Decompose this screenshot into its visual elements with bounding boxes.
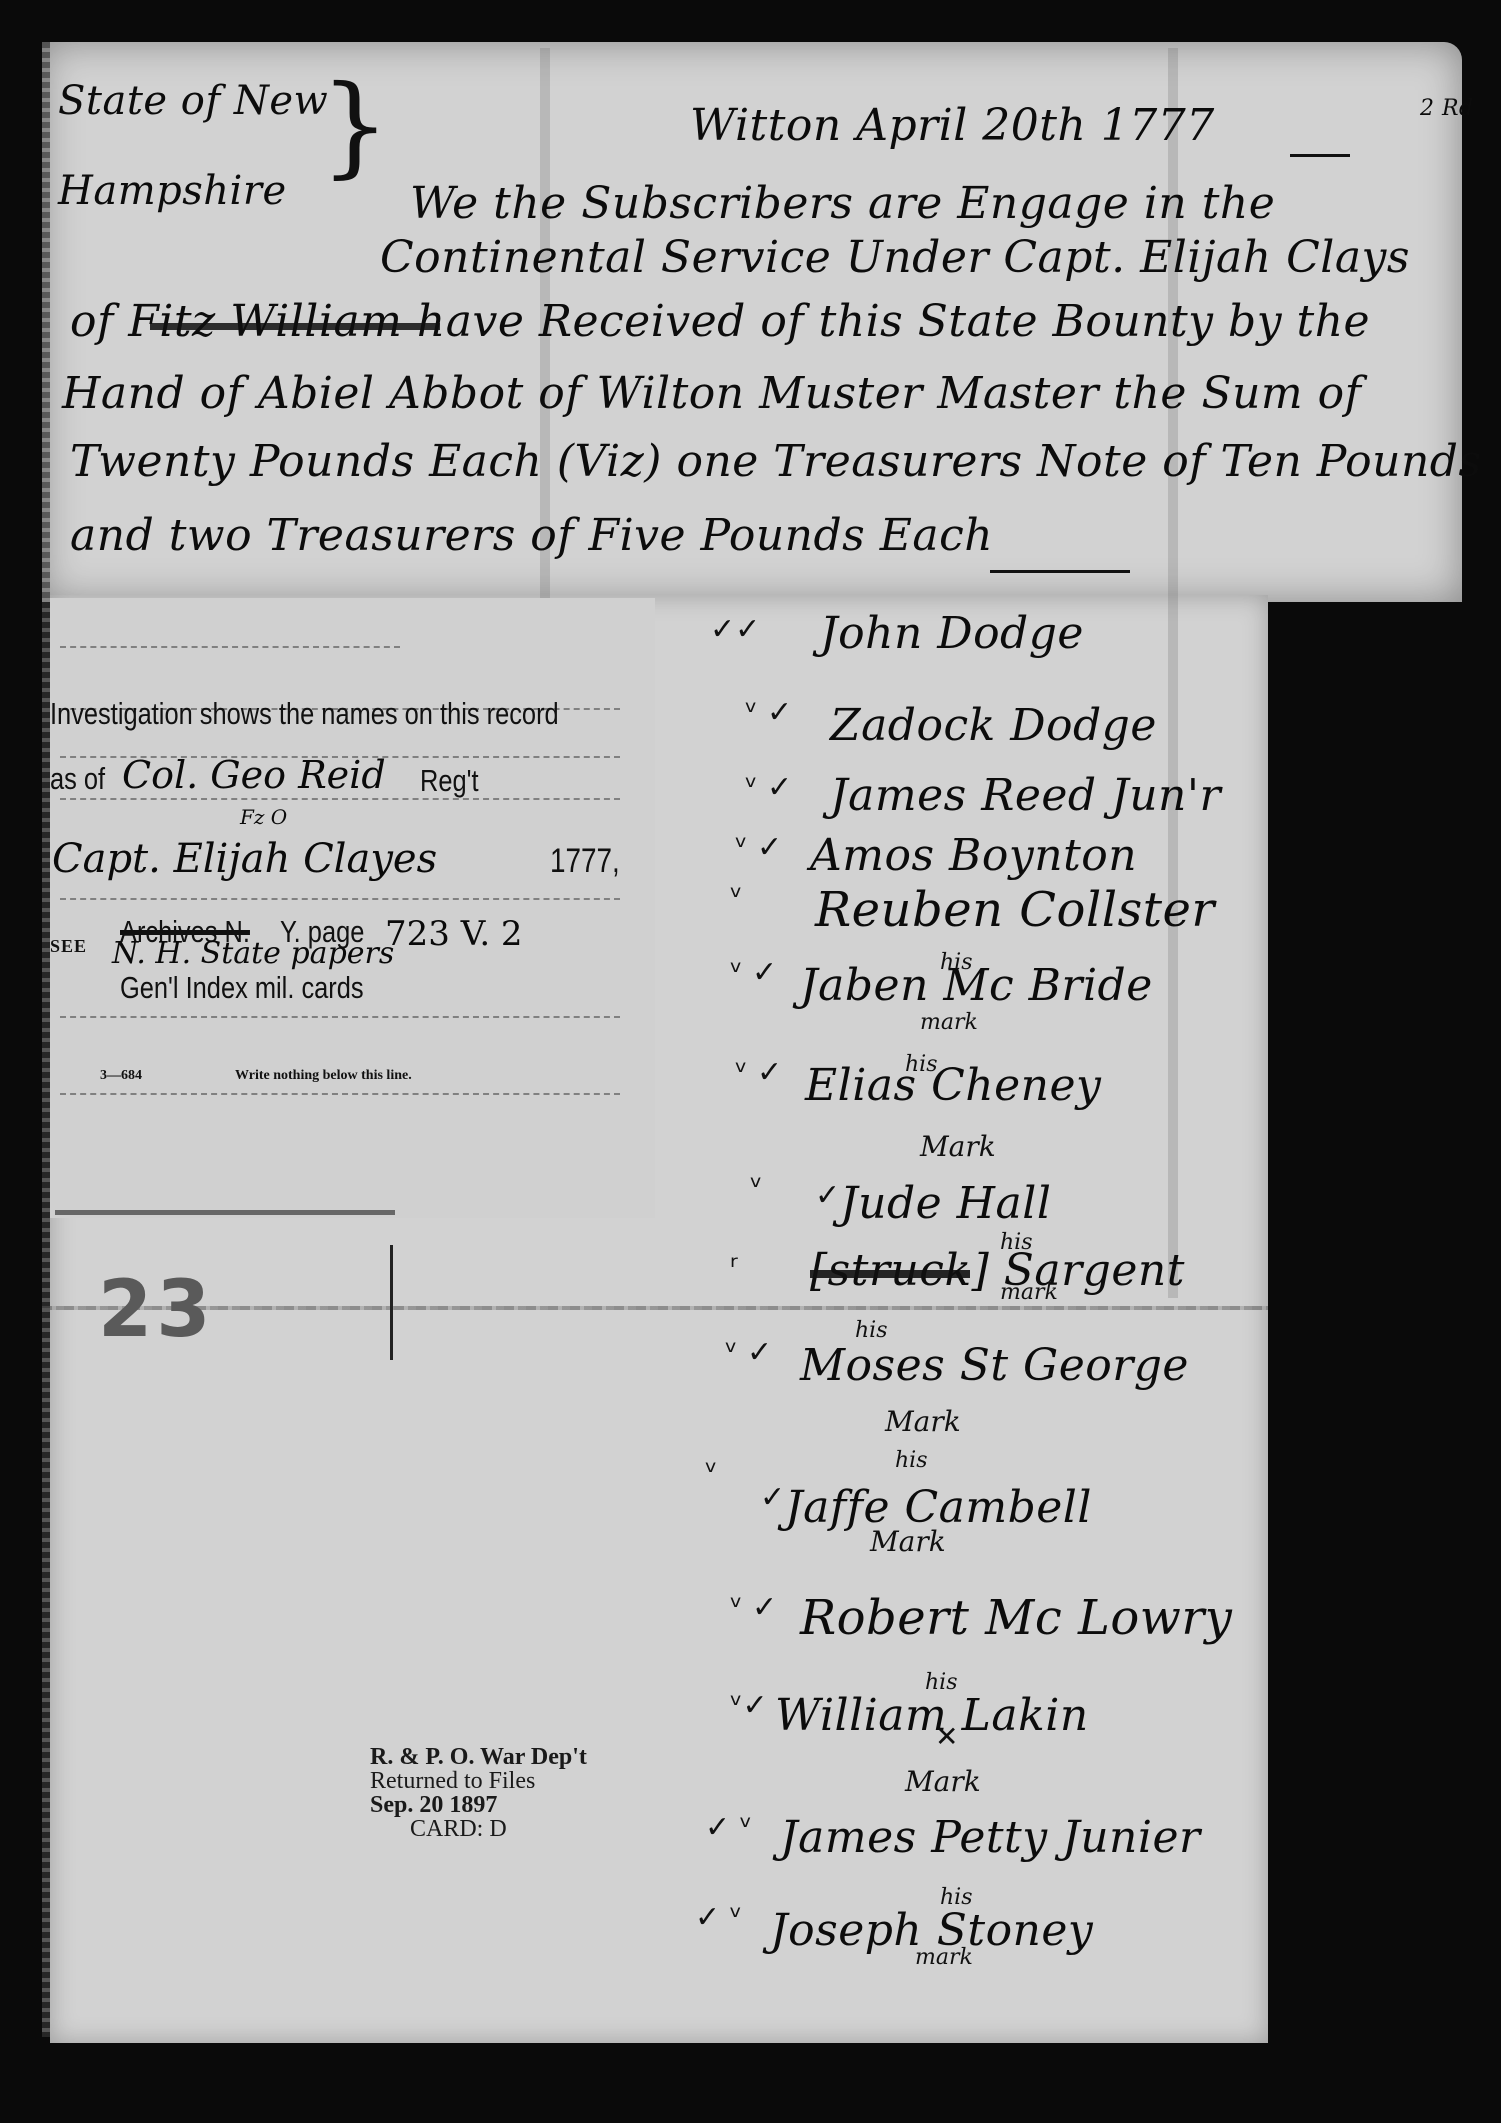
brace: } [320,70,390,180]
signature-amos-boynton: Amos Boynton [810,830,1137,881]
page-handwritten: 723 V. 2 [385,914,523,954]
his-label: his [940,1885,973,1910]
signature-zadock-dodge: Zadock Dodge [830,700,1157,751]
check-mark-icon: ᵛ [705,1455,718,1490]
mark-label: mark [1000,1280,1058,1305]
capt-superscript: Fz O [240,805,287,829]
his-label: his [940,950,973,975]
signature-robert-mclowry: Robert Mc Lowry [800,1590,1232,1646]
body-line-6: and two Treasurers of Five Pounds Each [70,510,993,561]
war-dept-line4: CARD: D [370,1817,587,1841]
mark-label: Mark [920,1130,996,1163]
signature-william-lakin: William Lakin [775,1690,1089,1741]
check-mark-icon: ᵛ ✓ [725,1335,772,1370]
check-mark-icon: ✓ [760,1480,785,1515]
mark-label: Mark [870,1525,946,1558]
his-label: his [855,1318,888,1343]
check-mark-icon: ᵛ [750,1170,763,1205]
signature-jaben-mcbride: Jaben Mc Bride [800,960,1153,1011]
file-number-stamp: 23 [98,1265,215,1355]
card-rule [60,798,620,800]
underline [1290,154,1350,157]
war-dept-line3: Sep. 20 1897 [370,1793,587,1817]
signature-john-dodge: John Dodge [820,608,1084,659]
state-label-line2: Hampshire [58,168,287,214]
signature-moses-st-george: Moses St George [800,1340,1189,1391]
card-rule [60,898,620,900]
check-mark-icon: ᵛ [730,880,743,915]
signature-jude-hall: Jude Hall [840,1178,1051,1229]
gen-index-label: Gen'l Index mil. cards [120,970,364,1006]
check-mark-icon: ᵛ ✓ [735,1055,782,1090]
check-mark-icon: ✓ [815,1178,840,1213]
war-dept-line1: R. & P. O. War Dep't [370,1745,587,1769]
binding-edge [42,42,50,2037]
war-dept-line2: Returned to Files [370,1769,587,1793]
strike-through [150,323,440,330]
form-number: 3—684 [100,1068,142,1084]
check-mark-icon: ᵛ ✓ [745,770,792,805]
signature-reuben-collster: Reuben Collster [815,882,1215,938]
his-label: his [925,1670,958,1695]
nh-state-papers-handwritten: N. H. State papers [112,936,394,971]
check-mark-icon: ✓ ᵛ [705,1810,752,1845]
signature-james-reed: James Reed Jun'r [830,770,1221,821]
x-mark-icon: ✕ [935,1720,958,1753]
index-card: Investigation shows the names on this re… [50,598,655,1218]
regiment-handwritten: Col. Geo Reid [122,753,386,797]
body-line-4: Hand of Abiel Abbot of Wilton Muster Mas… [62,368,1361,419]
war-dept-stamp: R. & P. O. War Dep't Returned to Files S… [370,1745,587,1841]
as-of-label: as of [50,761,105,797]
signature-elias-cheney: Elias Cheney [805,1060,1101,1111]
write-nothing-notice: Write nothing below this line. [235,1068,412,1084]
year: 1777, [550,842,620,881]
his-label: his [1000,1230,1033,1255]
card-rule [60,1016,620,1018]
mark-label: mark [920,1010,978,1035]
check-mark-icon: ᵛ ✓ [745,695,792,730]
stamp-frame [55,1210,395,1215]
check-mark-icon: ✓✓ [710,612,760,647]
body-line-3: of Fitz William have Received of this St… [70,296,1370,347]
end-dash [990,570,1130,573]
his-label: his [905,1052,938,1077]
check-mark-icon: ᵛ ✓ [730,955,777,990]
his-label: his [895,1448,928,1473]
body-line-1: We the Subscribers are Engage in the [410,178,1275,229]
check-mark-icon: ᵛ ✓ [735,830,782,865]
check-mark-icon: ᵛ ✓ [730,1590,777,1625]
captain-handwritten: Capt. Elijah Clayes [52,836,437,882]
check-mark-icon: ʳ [730,1250,738,1285]
body-line-5: Twenty Pounds Each (Viz) one Treasurers … [70,436,1482,487]
fold-line [42,1306,1268,1310]
mark-label: Mark [905,1765,981,1798]
regt-label: Reg't [420,763,479,799]
corner-annotation: 2 Rd [1420,96,1474,121]
place-date: Witton April 20th 1777 [690,100,1215,151]
signature-james-petty-junier: James Petty Junier [780,1812,1201,1863]
state-label-line1: State of New [58,78,328,124]
check-mark-icon: ᵛ✓ [730,1688,768,1723]
mark-label: mark [915,1945,973,1970]
strike-through [810,1270,970,1278]
investigation-line: Investigation shows the names on this re… [50,696,559,732]
card-rule [60,646,400,648]
mark-label: Mark [885,1405,961,1438]
stamp-mark [390,1245,393,1360]
see-label: SEE [50,936,87,957]
check-mark-icon: ✓ ᵛ [695,1900,742,1935]
body-line-2: Continental Service Under Capt. Elijah C… [380,232,1410,283]
card-rule [60,1093,620,1095]
